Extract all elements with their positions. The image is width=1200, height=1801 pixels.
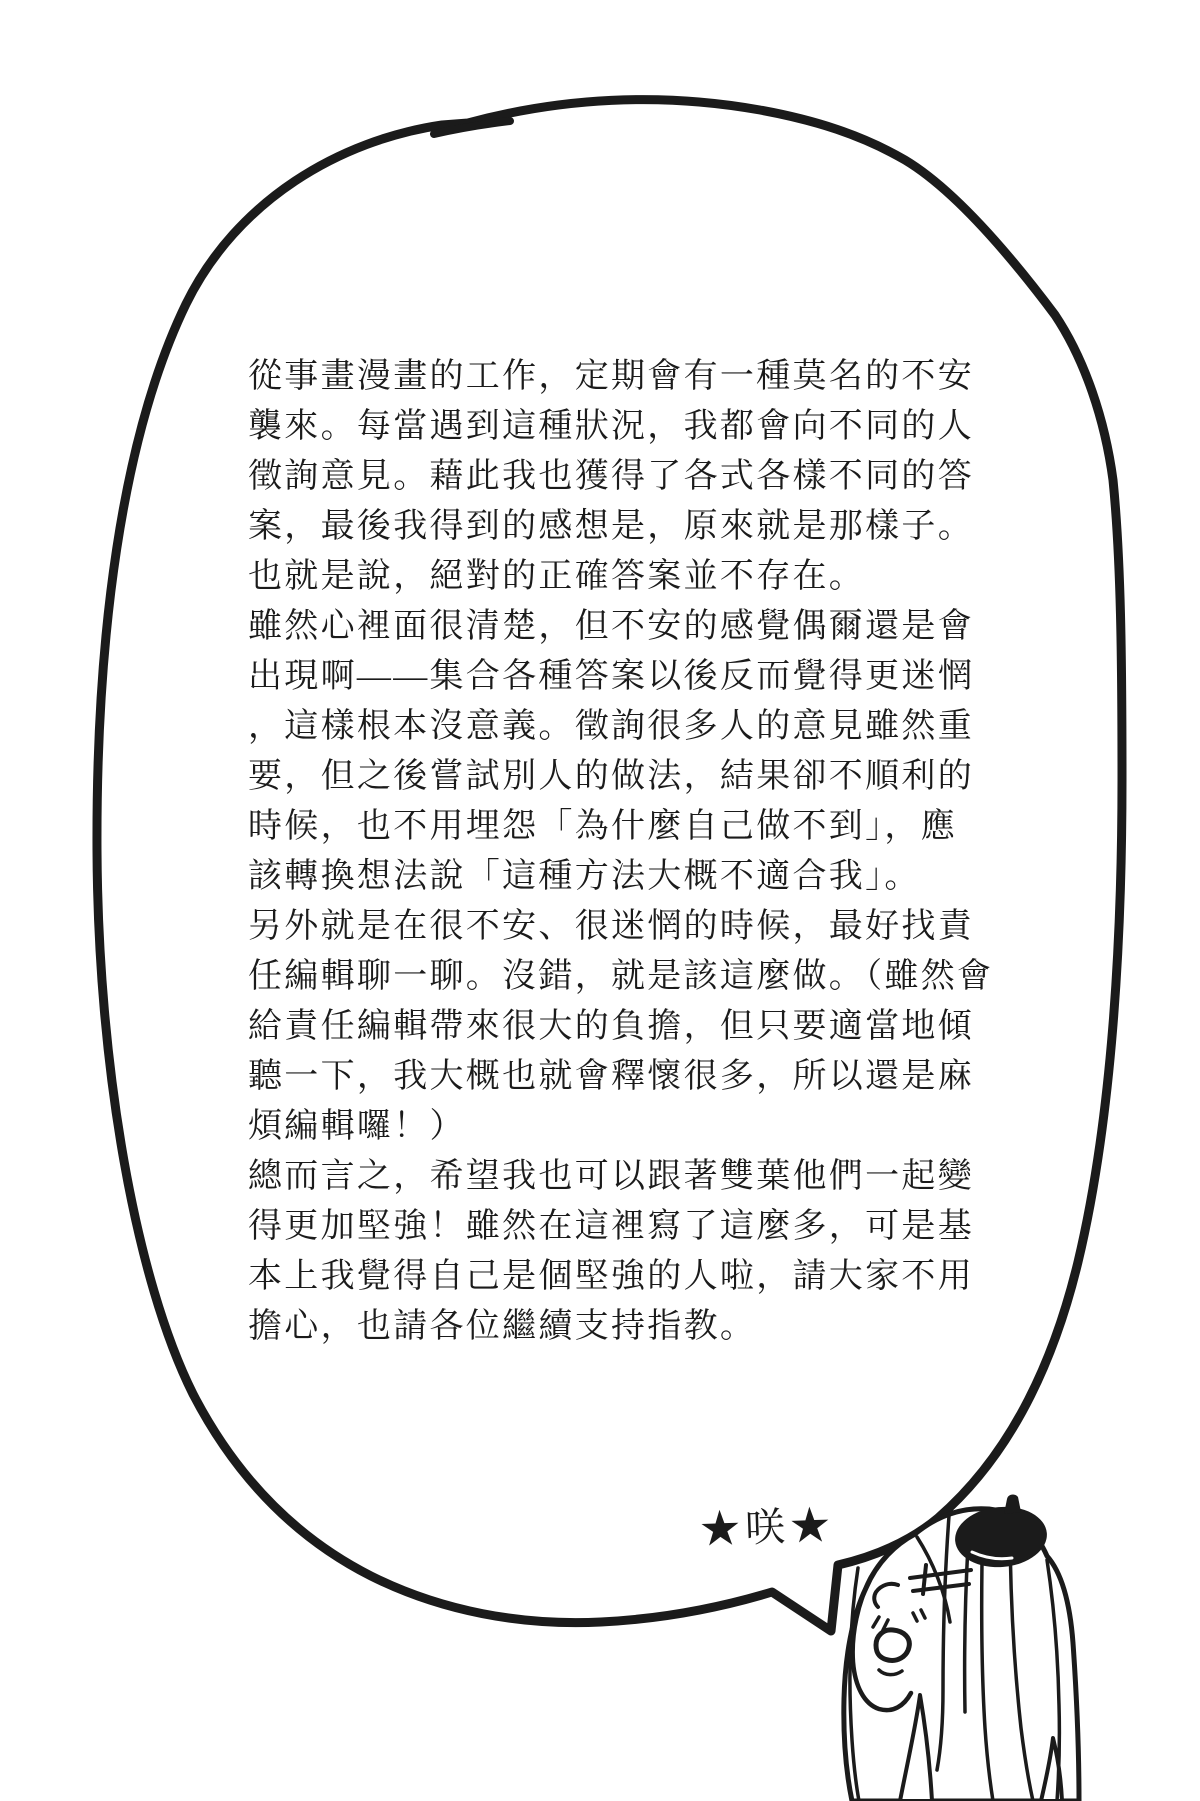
afterword-text-block: 從事畫漫畫的工作，定期會有一種莫名的不安 襲來。每當遇到這種狀況，我都會向不同的… (248, 352, 1038, 1352)
bubble-text-line: 要，但之後嘗試別人的做法，結果卻不順利的 (248, 752, 1038, 802)
bubble-text-line: 襲來。每當遇到這種狀況，我都會向不同的人 (248, 402, 1038, 452)
bubble-text-line: 時候，也不用埋怨「為什麼自己做不到」，應 (248, 802, 1038, 852)
bubble-text-line: 出現啊——集合各種答案以後反而覺得更迷惘 (248, 652, 1038, 702)
bubble-text-line: 從事畫漫畫的工作，定期會有一種莫名的不安 (248, 352, 1038, 402)
bubble-text-line: 給責任編輯帶來很大的負擔，但只要適當地傾 (248, 1002, 1038, 1052)
bubble-text-line: 雖然心裡面很清楚，但不安的感覺偶爾還是會 (248, 602, 1038, 652)
author-signature: ★咲★ (699, 1494, 836, 1556)
bubble-text-line: 該轉換想法說「這種方法大概不適合我」。 (248, 852, 1038, 902)
bubble-text-line: 總而言之，希望我也可以跟著雙葉他們一起變 (248, 1152, 1038, 1202)
bubble-text-line: 也就是說，絕對的正確答案並不存在。 (248, 552, 1038, 602)
bubble-text-line: 聽一下，我大概也就會釋懷很多，所以還是麻 (248, 1052, 1038, 1102)
manga-afterword-page: 從事畫漫畫的工作，定期會有一種莫名的不安 襲來。每當遇到這種狀況，我都會向不同的… (0, 0, 1200, 1801)
bubble-text-line: 另外就是在很不安、很迷惘的時候，最好找責 (248, 902, 1038, 952)
mouth (876, 1630, 909, 1661)
bubble-text-line: 擔心，也請各位繼續支持指教。 (248, 1302, 1038, 1352)
bubble-text-line: 徵詢意見。藉此我也獲得了各式各樣不同的答 (248, 452, 1038, 502)
beret-stem (1004, 1495, 1021, 1514)
bubble-text-line: 煩編輯囉！） (248, 1102, 1038, 1152)
bubble-text-line: ，這樣根本沒意義。徵詢很多人的意見雖然重 (248, 702, 1038, 752)
bubble-text-line: 任編輯聊一聊。沒錯，就是該這麼做。（雖然會 (248, 952, 1038, 1002)
bubble-text-line: 得更加堅強！雖然在這裡寫了這麼多，可是基 (248, 1202, 1038, 1252)
bubble-text-line: 本上我覺得自己是個堅強的人啦，請大家不用 (248, 1252, 1038, 1302)
bubble-text-line: 案，最後我得到的感想是，原來就是那樣子。 (248, 502, 1038, 552)
